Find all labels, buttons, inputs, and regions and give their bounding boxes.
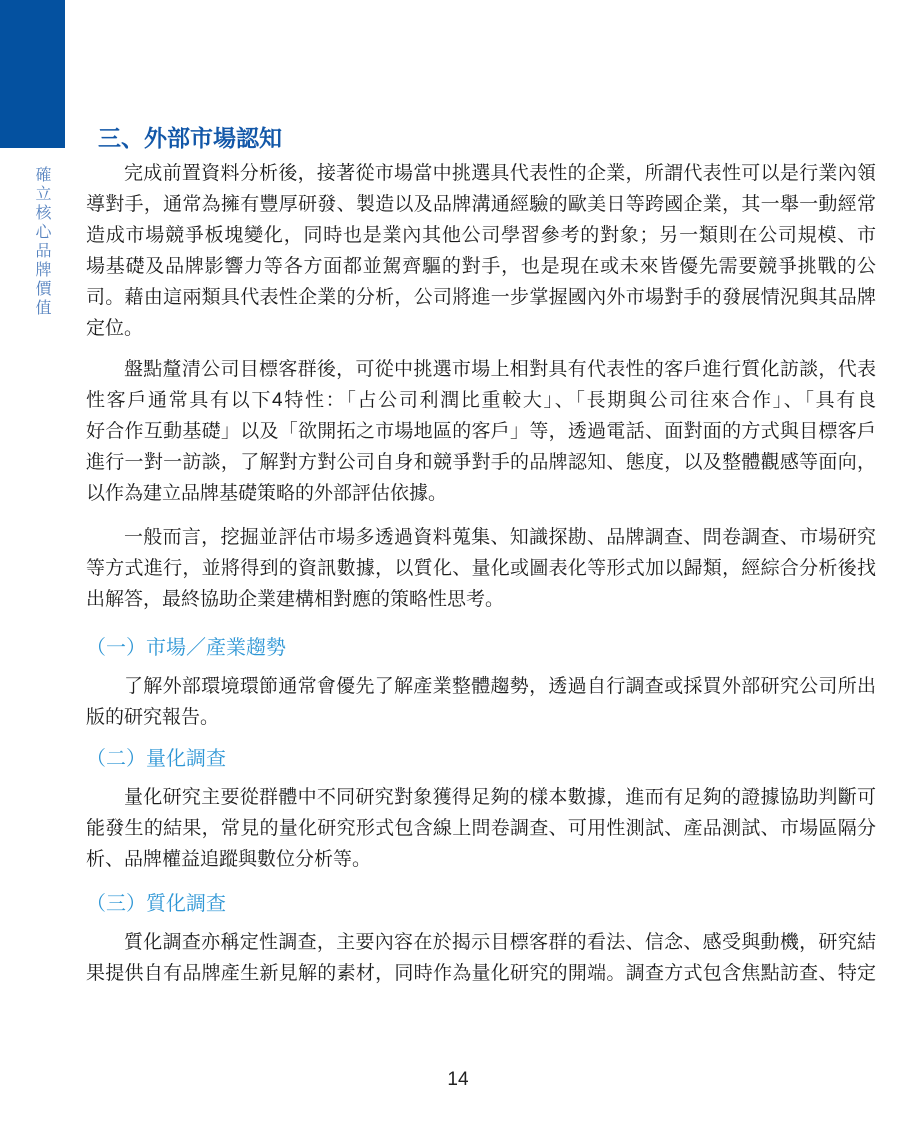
text-line: 司。藉由這兩類具代表性企業的分析，公司將進一步掌握國內外市場對手的發展情況與其品… xyxy=(86,282,876,313)
paragraph-representative-companies: 完成前置資料分析後，接著從市場當中挑選具代表性的企業，所謂代表性可以是行業內領導… xyxy=(86,158,876,344)
document-page: 確立核心品牌價值 三、外部市場認知 完成前置資料分析後，接著從市場當中挑選具代表… xyxy=(0,0,916,1139)
text-line: 版的研究報告。 xyxy=(86,702,876,733)
paragraph-qualitative-survey: 質化調查亦稱定性調查，主要內容在於揭示目標客群的看法、信念、感受與動機，研究結果… xyxy=(86,927,876,989)
section-heading: 三、外部市場認知 xyxy=(98,125,876,151)
corner-accent-block xyxy=(0,0,65,148)
paragraph-quantitative-survey: 量化研究主要從群體中不同研究對象獲得足夠的樣本數據，進而有足夠的證據協助判斷可能… xyxy=(86,782,876,875)
text-line: 果提供自有品牌產生新見解的素材，同時作為量化研究的開端。調查方式包含焦點訪查、特… xyxy=(86,958,876,989)
text-line: 盤點釐清公司目標客群後，可從中挑選市場上相對具有代表性的客戶進行質化訪談，代表 xyxy=(86,354,876,385)
page-number: 14 xyxy=(0,1069,916,1091)
text-line: 能發生的結果，常見的量化研究形式包含線上問卷調查、可用性測試、產品測試、市場區隔… xyxy=(86,813,876,844)
text-line: 定位。 xyxy=(86,313,876,344)
text-line: 進行一對一訪談，了解對方對公司自身和競爭對手的品牌認知、態度，以及整體觀感等面向… xyxy=(86,447,876,478)
text-line: 導對手，通常為擁有豐厚研發、製造以及品牌溝通經驗的歐美日等跨國企業，其一舉一動經… xyxy=(86,189,876,220)
chapter-vertical-label: 確立核心品牌價值 xyxy=(30,166,53,318)
paragraph-market-industry-trends: 了解外部環境環節通常會優先了解產業整體趨勢，透過自行調查或採買外部研究公司所出版… xyxy=(86,671,876,733)
paragraph-representative-customers: 盤點釐清公司目標客群後，可從中挑選市場上相對具有代表性的客戶進行質化訪談，代表性… xyxy=(86,354,876,509)
text-line: 好合作互動基礎」以及「欲開拓之市場地區的客戶」等，透過電話、面對面的方式與目標客… xyxy=(86,416,876,447)
paragraph-market-evaluation-methods: 一般而言，挖掘並評估市場多透過資料蒐集、知識探勘、品牌調查、問卷調查、市場研究等… xyxy=(86,522,876,615)
text-line: 量化研究主要從群體中不同研究對象獲得足夠的樣本數據，進而有足夠的證據協助判斷可 xyxy=(86,782,876,813)
page-content: 三、外部市場認知 完成前置資料分析後，接著從市場當中挑選具代表性的企業，所謂代表… xyxy=(86,0,876,989)
text-line: 出解答，最終協助企業建構相對應的策略性思考。 xyxy=(86,584,876,615)
text-line: 完成前置資料分析後，接著從市場當中挑選具代表性的企業，所謂代表性可以是行業內領 xyxy=(86,158,876,189)
text-line: 了解外部環境環節通常會優先了解產業整體趨勢，透過自行調查或採買外部研究公司所出 xyxy=(86,671,876,702)
subsection-heading-quantitative-survey: （二）量化調查 xyxy=(86,745,876,773)
text-line: 析、品牌權益追蹤與數位分析等。 xyxy=(86,844,876,875)
text-line: 等方式進行，並將得到的資訊數據，以質化、量化或圖表化等形式加以歸類，經綜合分析後… xyxy=(86,553,876,584)
text-line: 以作為建立品牌基礎策略的外部評估依據。 xyxy=(86,478,876,509)
text-line: 性客戶通常具有以下4特性：「占公司利潤比重較大」、「長期與公司往來合作」、「具有… xyxy=(86,385,876,416)
text-line: 一般而言，挖掘並評估市場多透過資料蒐集、知識探勘、品牌調查、問卷調查、市場研究 xyxy=(86,522,876,553)
text-line: 質化調查亦稱定性調查，主要內容在於揭示目標客群的看法、信念、感受與動機，研究結 xyxy=(86,927,876,958)
text-line: 場基礎及品牌影響力等各方面都並駕齊驅的對手，也是現在或未來皆優先需要競爭挑戰的公 xyxy=(86,251,876,282)
text-line: 造成市場競爭板塊變化，同時也是業內其他公司學習參考的對象；另一類則在公司規模、市 xyxy=(86,220,876,251)
subsection-heading-qualitative-survey: （三）質化調查 xyxy=(86,890,876,918)
subsection-heading-market-industry-trends: （一）市場／產業趨勢 xyxy=(86,634,876,662)
